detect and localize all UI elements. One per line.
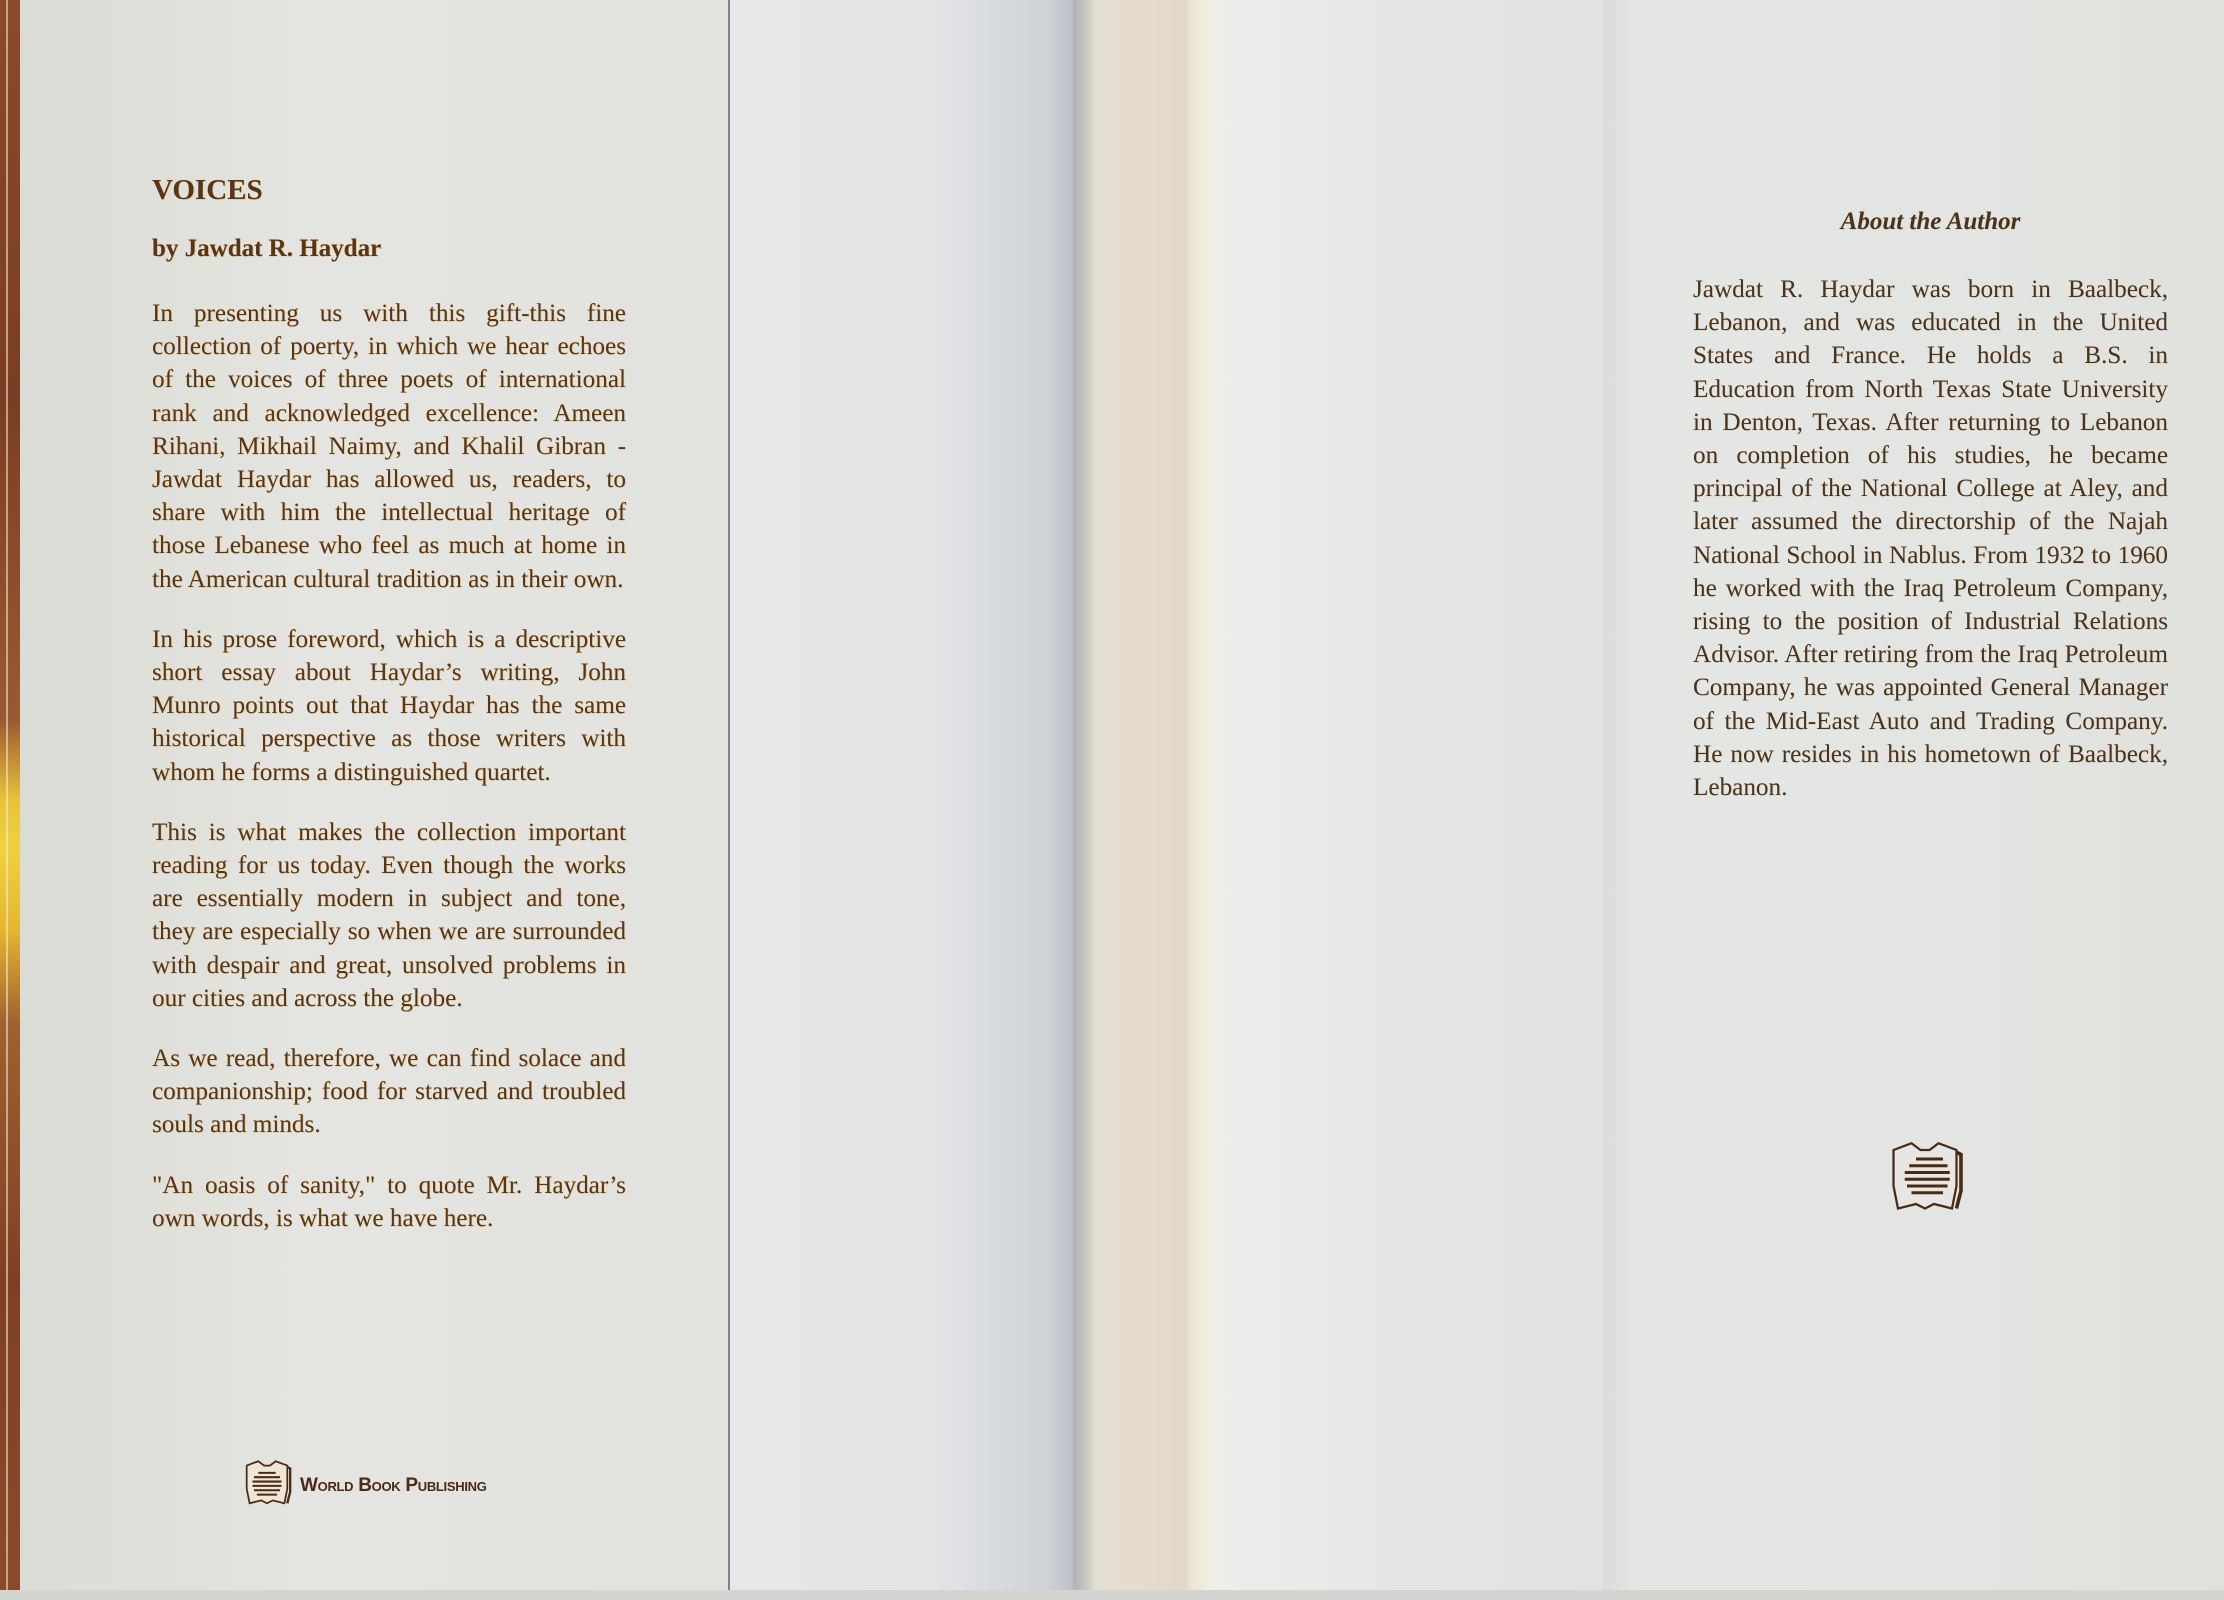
bottom-edge <box>0 1590 2224 1600</box>
about-author-heading: About the Author <box>1693 205 2168 239</box>
inner-blank-panel <box>1213 0 1603 1590</box>
book-globe-logo-icon <box>1880 1132 1970 1227</box>
author-bio: Jawdat R. Haydar was born in Baalbeck, L… <box>1693 273 2168 804</box>
front-flap-content: VOICES by Jawdat R. Haydar In presenting… <box>152 170 626 1262</box>
book-jacket-spread: VOICES by Jawdat R. Haydar In presenting… <box>0 0 2224 1600</box>
blurb-paragraph: In his prose foreword, which is a descri… <box>152 623 626 789</box>
back-flap-content: About the Author Jawdat R. Haydar was bo… <box>1693 205 2168 829</box>
publisher-imprint: World Book Publishing <box>238 1454 487 1517</box>
publisher-name: World Book Publishing <box>300 1475 487 1497</box>
blurb-paragraph: In presenting us with this gift-this fin… <box>152 297 626 596</box>
blurb-paragraph: "An oasis of sanity," to quote Mr. Hayda… <box>152 1169 626 1235</box>
blurb: In presenting us with this gift-this fin… <box>152 297 626 1235</box>
blank-flap-panel <box>728 0 1075 1590</box>
blurb-paragraph: As we read, therefore, we can find solac… <box>152 1042 626 1142</box>
blurb-paragraph: This is what makes the collection import… <box>152 816 626 1015</box>
book-title: VOICES <box>152 170 626 210</box>
book-globe-logo-icon <box>238 1454 296 1517</box>
cover-edge <box>0 0 20 1600</box>
book-author: by Jawdat R. Haydar <box>152 232 626 266</box>
spine-gutter <box>1073 0 1213 1590</box>
